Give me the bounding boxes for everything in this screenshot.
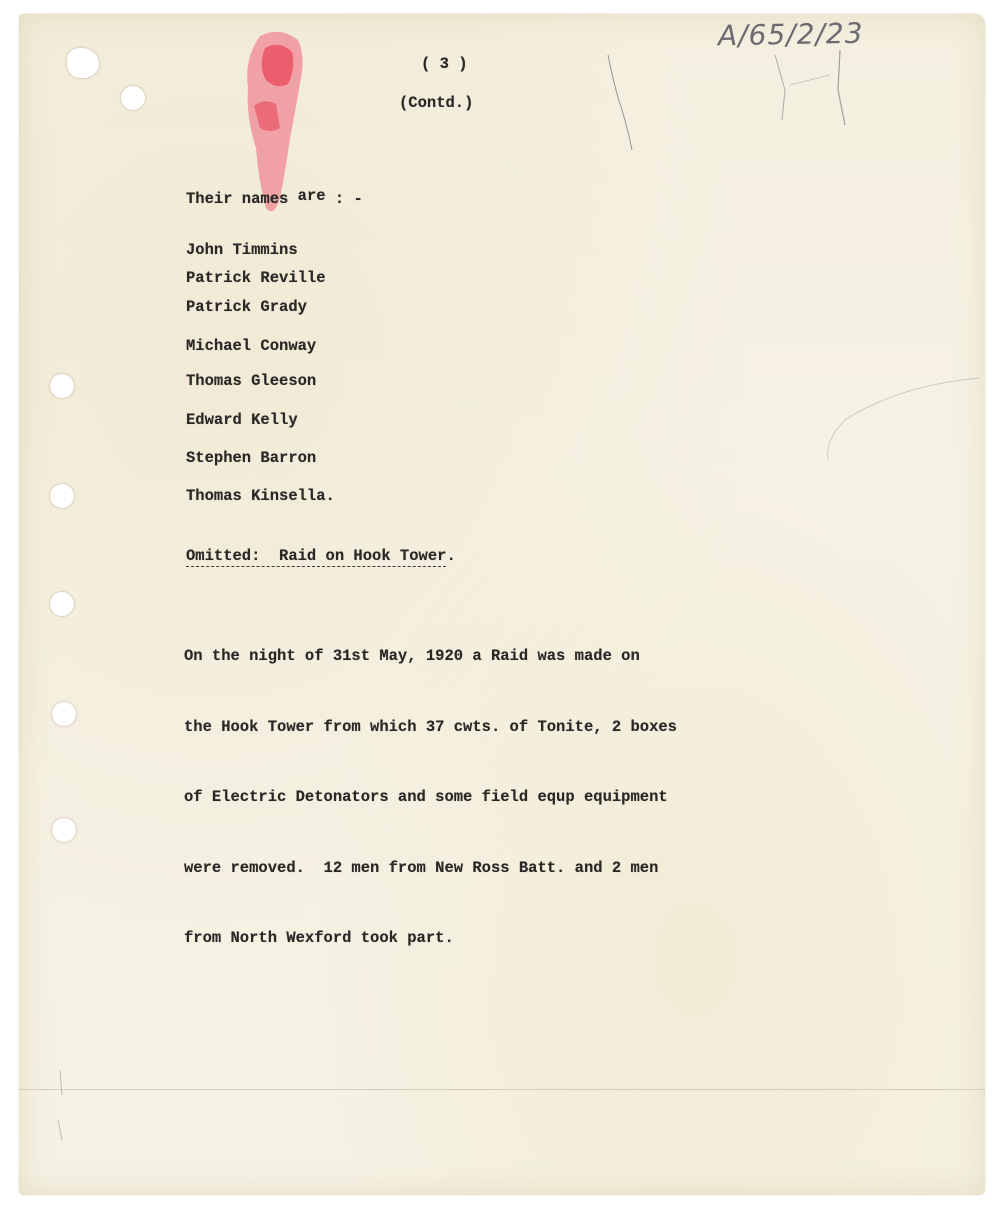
names-intro: Their names are : - [186,190,363,208]
intro-part-3: : - [335,190,363,208]
paragraph-line: of Electric Detonators and some field eq… [184,786,677,810]
page-number: ( 3 ) [421,55,468,73]
paragraph-line: were removed. 12 men from New Ross Batt.… [184,857,677,881]
continued-label: (Contd.) [399,94,473,112]
punch-hole [52,702,76,726]
names-list: John Timmins Patrick Reville Patrick Gra… [186,241,205,403]
intro-part-1: Their names [186,190,288,208]
torn-punch-hole [67,48,99,78]
punch-hole [52,818,76,842]
punch-hole [50,484,74,508]
punch-hole [50,374,74,398]
section-heading: Omitted: Raid on Hook Tower. [186,547,456,565]
paragraph-line: the Hook Tower from which 37 cwts. of To… [184,716,677,740]
intro-part-2: are [298,187,326,205]
paragraph-line: On the night of 31st May, 1920 a Raid wa… [184,645,677,669]
archive-reference-number: A/65/2/23 [718,17,864,53]
section-heading-period: . [446,547,455,565]
section-heading-underlined: Omitted: Raid on Hook Tower [186,547,446,567]
paper-fold-line [19,1089,985,1090]
punch-hole [121,86,145,110]
punch-hole [50,592,74,616]
raid-paragraph: On the night of 31st May, 1920 a Raid wa… [184,598,677,974]
paragraph-line: from North Wexford took part. [184,927,677,951]
